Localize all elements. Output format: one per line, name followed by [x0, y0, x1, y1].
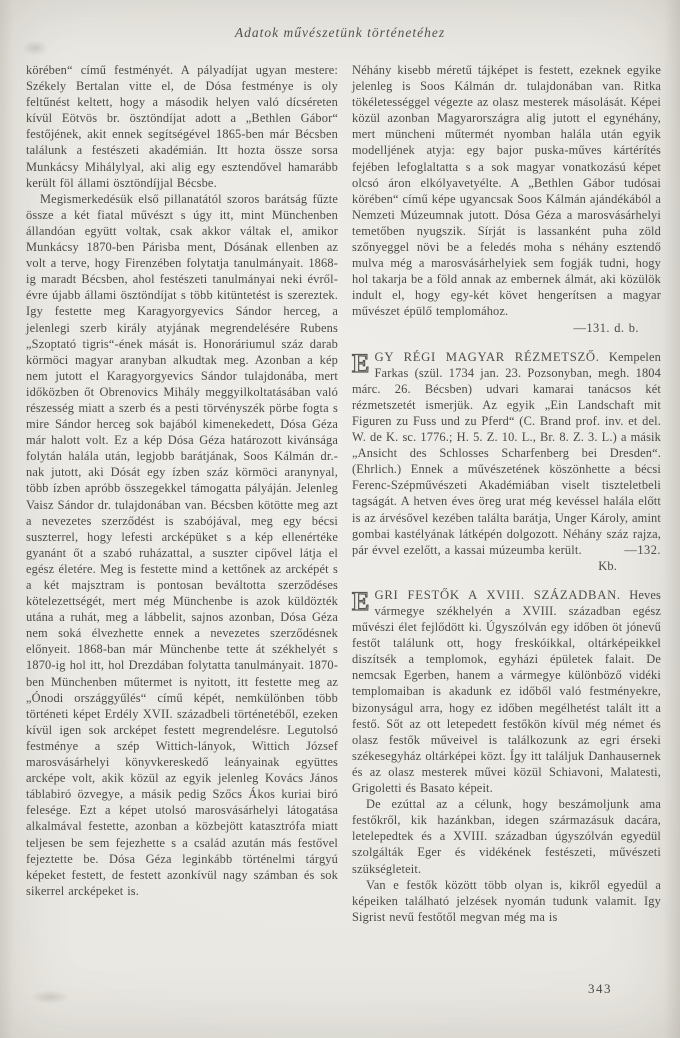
- drop-cap-initial: E: [352, 351, 370, 379]
- section-body-text: Heves vármegye székhelyén a XVIII. száza…: [352, 588, 661, 795]
- article-section-egri-festok: E GRI FESTŐK A XVIII. SZÁZADBAN. Heves v…: [352, 587, 661, 925]
- paragraph: Van e festők között több olyan is, kikrő…: [352, 877, 661, 925]
- running-header: Adatok művészetünk történetéhez: [0, 25, 680, 41]
- paragraph-continuation: Néhány kisebb méretű tájképet is festett…: [352, 62, 661, 320]
- paragraph: Megismerkedésük első pillanatától szoros…: [26, 191, 338, 899]
- section-paragraph: E GY RÉGI MAGYAR RÉZMETSZŐ. Kempelen Far…: [352, 349, 661, 558]
- document-page: Adatok művészetünk történetéhez körében“…: [0, 0, 680, 1038]
- section-heading: GRI FESTŐK A XVIII. SZÁZADBAN.: [375, 588, 621, 602]
- section-body-text: Kempelen Farkas (szül. 1734 jan. 23. Poz…: [352, 350, 661, 557]
- section-heading: GY RÉGI MAGYAR RÉZMETSZŐ.: [375, 350, 600, 364]
- paragraph-continuation: körében“ című festményét. A pályadíjat u…: [26, 62, 338, 191]
- right-column: Néhány kisebb méretű tájképet is festett…: [352, 62, 661, 925]
- article-signature: —132.: [616, 542, 661, 558]
- scan-smudge: [30, 990, 70, 1004]
- article-signature: —131. d. b.: [352, 320, 661, 336]
- article-signature-initials: Kb.: [352, 558, 661, 574]
- scan-smudge: [22, 40, 48, 56]
- page-number: 343: [588, 981, 612, 997]
- paragraph: De ezúttal az a célunk, hogy beszámoljun…: [352, 796, 661, 876]
- drop-cap-initial: E: [352, 589, 370, 617]
- section-paragraph: E GRI FESTŐK A XVIII. SZÁZADBAN. Heves v…: [352, 587, 661, 796]
- left-column: körében“ című festményét. A pályadíjat u…: [26, 62, 338, 899]
- article-section-rezmetszo: E GY RÉGI MAGYAR RÉZMETSZŐ. Kempelen Far…: [352, 349, 661, 574]
